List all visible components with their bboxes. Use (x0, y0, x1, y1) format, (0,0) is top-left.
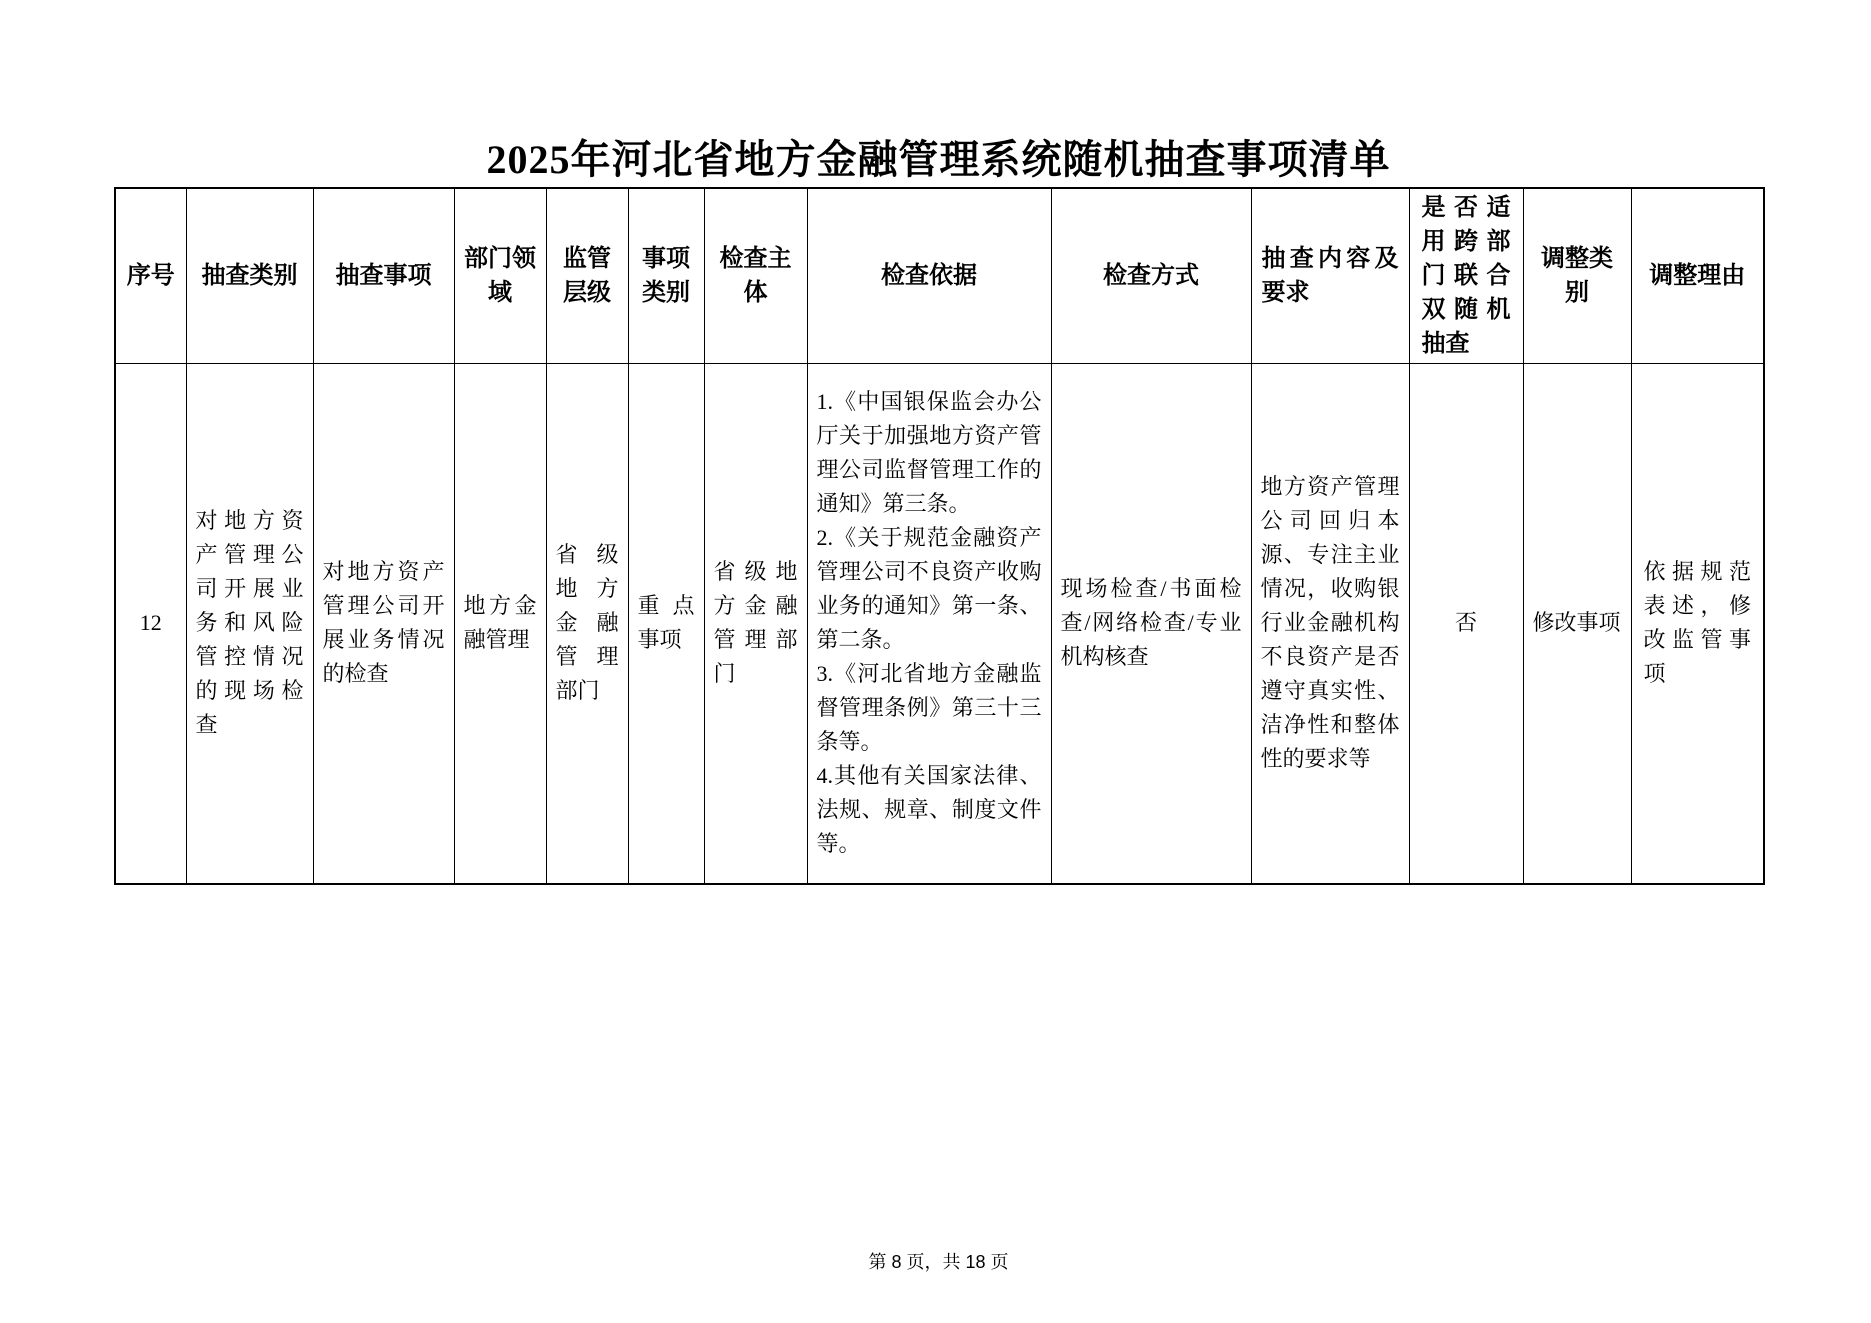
cell-adjust-reason: 依据规范表述，修改监管事项 (1631, 364, 1764, 884)
cell-subject: 省级地方金融管理部门 (704, 364, 807, 884)
cell-basis: 1.《中国银保监会办公厅关于加强地方资产管理公司监督管理工作的通知》第三条。 2… (807, 364, 1051, 884)
document-title: 2025年河北省地方金融管理系统随机抽查事项清单 (114, 128, 1763, 185)
column-header-item: 抽查事项 (313, 188, 454, 364)
cell-joint: 否 (1409, 364, 1523, 884)
column-header-joint: 是否适用跨部门联合双随机抽查 (1409, 188, 1523, 364)
cell-category: 对地方资产管理公司开展业务和风险管控情况的现场检查 (186, 364, 313, 884)
column-header-method: 检查方式 (1051, 188, 1251, 364)
cell-department: 地方金融管理 (454, 364, 546, 884)
cell-method: 现场检查/书面检查/网络检查/专业机构核查 (1051, 364, 1251, 884)
cell-level: 省级地方金融管理部门 (546, 364, 628, 884)
cell-item-type: 重点事项 (628, 364, 704, 884)
page-number: 第 8 页，共 18 页 (114, 1248, 1763, 1274)
cell-content: 地方资产管理公司回归本源、专注主业情况，收购银行业金融机构不良资产是否遵守真实性… (1251, 364, 1409, 884)
cell-item: 对地方资产管理公司开展业务情况的检查 (313, 364, 454, 884)
table-row: 12 对地方资产管理公司开展业务和风险管控情况的现场检查 对地方资产管理公司开展… (115, 364, 1764, 884)
column-header-adjust-reason: 调整理由 (1631, 188, 1764, 364)
column-header-level: 监管层级 (546, 188, 628, 364)
column-header-subject: 检查主体 (704, 188, 807, 364)
column-header-basis: 检查依据 (807, 188, 1051, 364)
column-header-category: 抽查类别 (186, 188, 313, 364)
random-inspection-items-table: 序号 抽查类别 抽查事项 部门领域 监管层级 事项类别 检查主体 检查依据 检查… (114, 187, 1765, 885)
column-header-adjust-type: 调整类别 (1523, 188, 1631, 364)
column-header-content: 抽查内容及要求 (1251, 188, 1409, 364)
table-header-row: 序号 抽查类别 抽查事项 部门领域 监管层级 事项类别 检查主体 检查依据 检查… (115, 188, 1764, 364)
cell-seq: 12 (115, 364, 186, 884)
column-header-item-type: 事项类别 (628, 188, 704, 364)
column-header-department: 部门领域 (454, 188, 546, 364)
cell-adjust-type: 修改事项 (1523, 364, 1631, 884)
document-page: 2025年河北省地方金融管理系统随机抽查事项清单 序号 抽查类别 抽查事项 部门… (0, 0, 1871, 1323)
column-header-seq: 序号 (115, 188, 186, 364)
